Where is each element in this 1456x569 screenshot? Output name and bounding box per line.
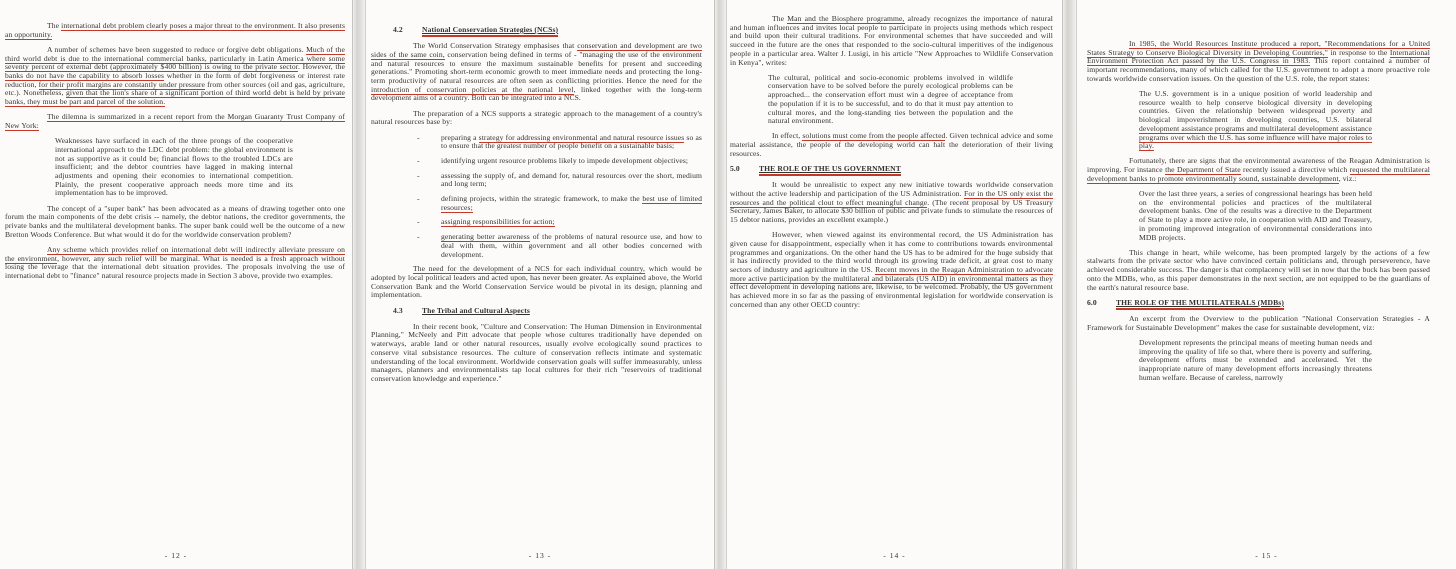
section-title: THE ROLE OF THE US GOVERNMENT [759,164,901,176]
block-quote: The U.S. government is in a unique posit… [1139,90,1372,151]
section-heading: 4.3The Tribal and Cultural Aspects [393,307,702,316]
text-run: The [772,14,787,23]
text-run: already recognizes the importance of nat… [730,14,1053,67]
paragraph: The international debt problem clearly p… [5,22,345,39]
page-12: The international debt problem clearly p… [0,0,352,569]
document-scan: The international debt problem clearly p… [0,0,1456,569]
page-number: - 13 - [366,551,714,560]
list-item: -assigning responsibilities for action; [371,218,702,227]
text-run: A number of schemes have been suggested … [47,45,306,54]
paragraph: The need for the development of a NCS fo… [371,265,702,300]
list-item-text: defining projects, within the strategic … [441,195,702,212]
page-gutter [714,0,727,569]
text-run: The preparation of a NCS supports a stra… [371,109,702,127]
list-item: -defining projects, within the strategic… [371,195,702,212]
section-number: 6.0 [1087,299,1116,308]
page-number: - 12 - [0,551,352,560]
paragraph: Any scheme which provides relief on inte… [5,246,345,281]
text-run: , viz.: [1339,174,1357,183]
list-item: -assessing the supply of, and demand for… [371,172,702,189]
list-item: -identifying urgent resource problems li… [371,157,702,166]
red-underlined-text: The dilemna is summarized in a recent re… [5,112,345,131]
list-item-text: generating better awareness of the probl… [441,233,702,259]
page-gutter [1062,0,1077,569]
paragraph: The dilemna is summarized in a recent re… [5,113,345,130]
text-run: . However, the [298,62,345,71]
paragraph: The Man and the Biosphere programme, alr… [730,15,1053,67]
section-title: National Conservation Strategies (NCSs) [422,25,558,37]
paragraph: The preparation of a NCS supports a stra… [371,110,702,127]
list-item-text: assessing the supply of, and demand for,… [441,172,702,189]
list-dash: - [417,134,441,151]
page-content: 4.2National Conservation Strategies (NCS… [371,26,702,384]
text-run: This change in heart, while welcome, has… [1087,248,1430,292]
paragraph: A number of schemes have been suggested … [5,46,345,107]
block-quote: Over the last three years, a series of c… [1139,190,1372,242]
paragraph: In effect, solutions must come from the … [730,132,1053,158]
section-number: 5.0 [730,165,759,174]
list-item-text: identifying urgent resource problems lik… [441,157,702,166]
text-run: recently issued a directive which [1241,165,1350,174]
list-dash: - [417,172,441,189]
text-run: The [47,21,61,30]
block-quote: Weaknesses have surfaced in each of the … [55,137,293,198]
list-item-text: preparing a strategy for addressing envi… [441,134,702,151]
section-number: 4.3 [393,307,422,316]
text-run: In their recent book, "Culture and Conse… [371,322,702,383]
paragraph: The concept of a "super bank" has been a… [5,205,345,240]
page-content: The Man and the Biosphere programme, alr… [730,15,1053,310]
paragraph: It would be unrealistic to expect any ne… [730,181,1053,225]
list-dash: - [417,157,441,166]
paragraph: In 1985, the World Resources Institute p… [1087,40,1430,84]
text-run: preparing a [441,133,479,142]
text-run: An excerpt from the Overview to the publ… [1087,314,1430,332]
section-heading: 6.0THE ROLE OF THE MULTILATERALS (MDBs) [1087,299,1430,308]
page-number: - 15 - [1077,551,1456,560]
text-run: The World Conservation Strategy emphasis… [413,41,577,50]
list-dash: - [417,233,441,259]
text-run: Over the last three years, a series of c… [1139,189,1372,242]
list-item-text: assigning responsibilities for action; [441,218,702,227]
paragraph: In their recent book, "Culture and Conse… [371,323,702,384]
red-underlined-text: assigning responsibilities for action; [441,217,555,227]
paragraph: Fortunately, there are signs that the en… [1087,157,1430,183]
page-content: In 1985, the World Resources Institute p… [1087,40,1430,382]
block-quote: Development represents the principal mea… [1139,339,1372,383]
list-item: -generating better awareness of the prob… [371,233,702,259]
paragraph: This change in heart, while welcome, has… [1087,249,1430,293]
text-run: Weaknesses have surfaced in each of the … [55,136,293,197]
text-run: identifying urgent resource problems lik… [441,156,688,165]
red-underlined-text: development assistance programs and mult… [1139,124,1372,151]
text-run: defining projects, within the strategic … [441,194,642,203]
section-title: The Tribal and Cultural Aspects [422,306,530,315]
text-run: in response to the [1328,48,1390,57]
list-dash: - [417,218,441,227]
section-heading: 4.2National Conservation Strategies (NCS… [393,26,702,35]
list-dash: - [417,195,441,212]
page-gutter [352,0,366,569]
text-run: Development represents the principal mea… [1139,338,1372,382]
section-number: 4.2 [393,26,422,35]
text-run: The concept of a "super bank" has been a… [5,204,345,239]
page-15: In 1985, the World Resources Institute p… [1077,0,1456,569]
page-13: 4.2National Conservation Strategies (NCS… [366,0,714,569]
list-item: -preparing a strategy for addressing env… [371,134,702,151]
block-quote: The cultural, political and socio-econom… [768,74,1013,126]
text-run: The U.S. government is in a unique posit… [1139,89,1372,124]
paragraph: An excerpt from the Overview to the publ… [1087,315,1430,332]
paragraph: However, when viewed against its environ… [730,231,1053,309]
text-run: In effect, [772,131,802,140]
text-run: The cultural, political and socio-econom… [768,73,1013,126]
page-content: The international debt problem clearly p… [5,22,345,281]
text-run: assessing the supply of, and demand for,… [441,171,702,189]
page-number: - 14 - [727,551,1062,560]
section-heading: 5.0THE ROLE OF THE US GOVERNMENT [730,165,1053,174]
page-14: The Man and the Biosphere programme, alr… [727,0,1062,569]
section-title: THE ROLE OF THE MULTILATERALS (MDBs) [1116,298,1284,310]
paragraph: The World Conservation Strategy emphasis… [371,42,702,103]
